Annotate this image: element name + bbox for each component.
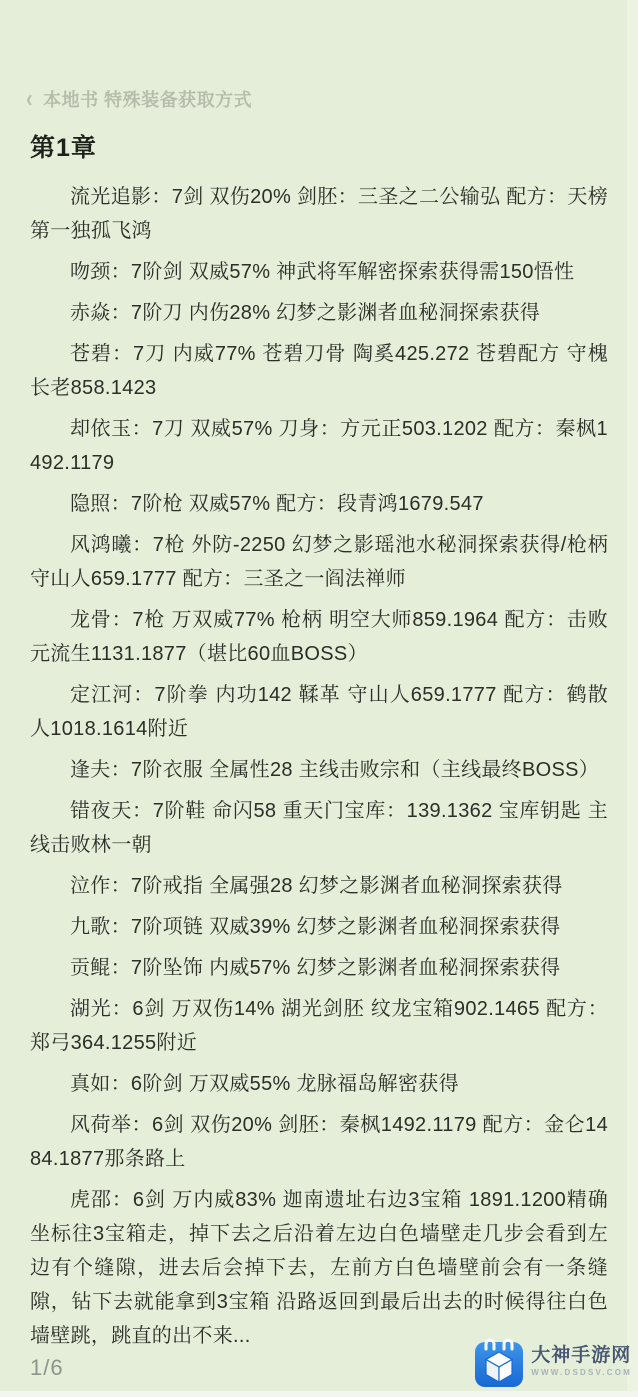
paragraph-item: 真如：6阶剑 万双威55% 龙脉福岛解密获得 xyxy=(30,1067,608,1101)
page-indicator: 1/6 xyxy=(30,1355,64,1381)
paragraph-item: 隐照：7阶枪 双威57% 配方：段青鸿1679.547 xyxy=(30,487,608,521)
paragraph-item: 九歌：7阶项链 双威39% 幻梦之影渊者血秘洞探索获得 xyxy=(30,910,608,944)
cube-bag-logo-icon xyxy=(475,1337,523,1387)
site-name: 大神手游网 xyxy=(531,1346,632,1367)
paragraph-item: 定江河：7阶拳 内功142 鞣革 守山人659.1777 配方：鹤散人1018.… xyxy=(30,678,608,746)
bottom-edge-strip xyxy=(0,1391,638,1397)
reader-header: ‹ 本地书 特殊装备获取方式 xyxy=(26,86,608,112)
site-watermark: 大神手游网 WWW.DSDSV.COM xyxy=(475,1337,632,1387)
reader-content[interactable]: 流光追影：7剑 双伤20% 剑胚：三圣之二公输弘 配方：天榜第一独孤飞鸿 吻颈：… xyxy=(30,180,608,1360)
site-url: WWW.DSDSV.COM xyxy=(531,1369,632,1378)
paragraph-item: 风荷举：6剑 双伤20% 剑胚：秦枫1492.1179 配方：金仑1484.18… xyxy=(30,1108,608,1176)
paragraph-item: 逢夫：7阶衣服 全属性28 主线击败宗和（主线最终BOSS） xyxy=(30,753,608,787)
right-edge-strip xyxy=(627,0,638,1397)
paragraph-item: 虎邵：6剑 万内威83% 迦南遗址右边3宝箱 1891.1200精确坐标往3宝箱… xyxy=(30,1183,608,1353)
paragraph-item: 吻颈：7阶剑 双威57% 神武将军解密探索获得需150悟性 xyxy=(30,255,608,289)
paragraph-item: 流光追影：7剑 双伤20% 剑胚：三圣之二公输弘 配方：天榜第一独孤飞鸿 xyxy=(30,180,608,248)
paragraph-item: 错夜天：7阶鞋 命闪58 重天门宝库：139.1362 宝库钥匙 主线击败林一朝 xyxy=(30,794,608,862)
paragraph-item: 风鸿曦：7枪 外防-2250 幻梦之影瑶池水秘洞探索获得/枪柄 守山人659.1… xyxy=(30,528,608,596)
site-watermark-texts: 大神手游网 WWW.DSDSV.COM xyxy=(531,1346,632,1378)
back-icon[interactable]: ‹ xyxy=(26,87,33,112)
paragraph-item: 却依玉：7刀 双威57% 刀身：方元正503.1202 配方：秦枫1492.11… xyxy=(30,412,608,480)
paragraph-item: 苍碧：7刀 内威77% 苍碧刀骨 陶奚425.272 苍碧配方 守槐长老858.… xyxy=(30,337,608,405)
book-title: 本地书 特殊装备获取方式 xyxy=(43,86,252,112)
chapter-title: 第1章 xyxy=(30,128,97,164)
reader-screen: ‹ 本地书 特殊装备获取方式 第1章 流光追影：7剑 双伤20% 剑胚：三圣之二… xyxy=(0,0,638,1397)
paragraph-item: 湖光：6剑 万双伤14% 湖光剑胚 纹龙宝箱902.1465 配方：郑弓364.… xyxy=(30,992,608,1060)
paragraph-item: 龙骨：7枪 万双威77% 枪柄 明空大师859.1964 配方：击败元流生113… xyxy=(30,603,608,671)
paragraph-item: 赤焱：7阶刀 内伤28% 幻梦之影渊者血秘洞探索获得 xyxy=(30,296,608,330)
paragraph-item: 泣作：7阶戒指 全属强28 幻梦之影渊者血秘洞探索获得 xyxy=(30,869,608,903)
paragraph-item: 贡鲲：7阶坠饰 内威57% 幻梦之影渊者血秘洞探索获得 xyxy=(30,951,608,985)
